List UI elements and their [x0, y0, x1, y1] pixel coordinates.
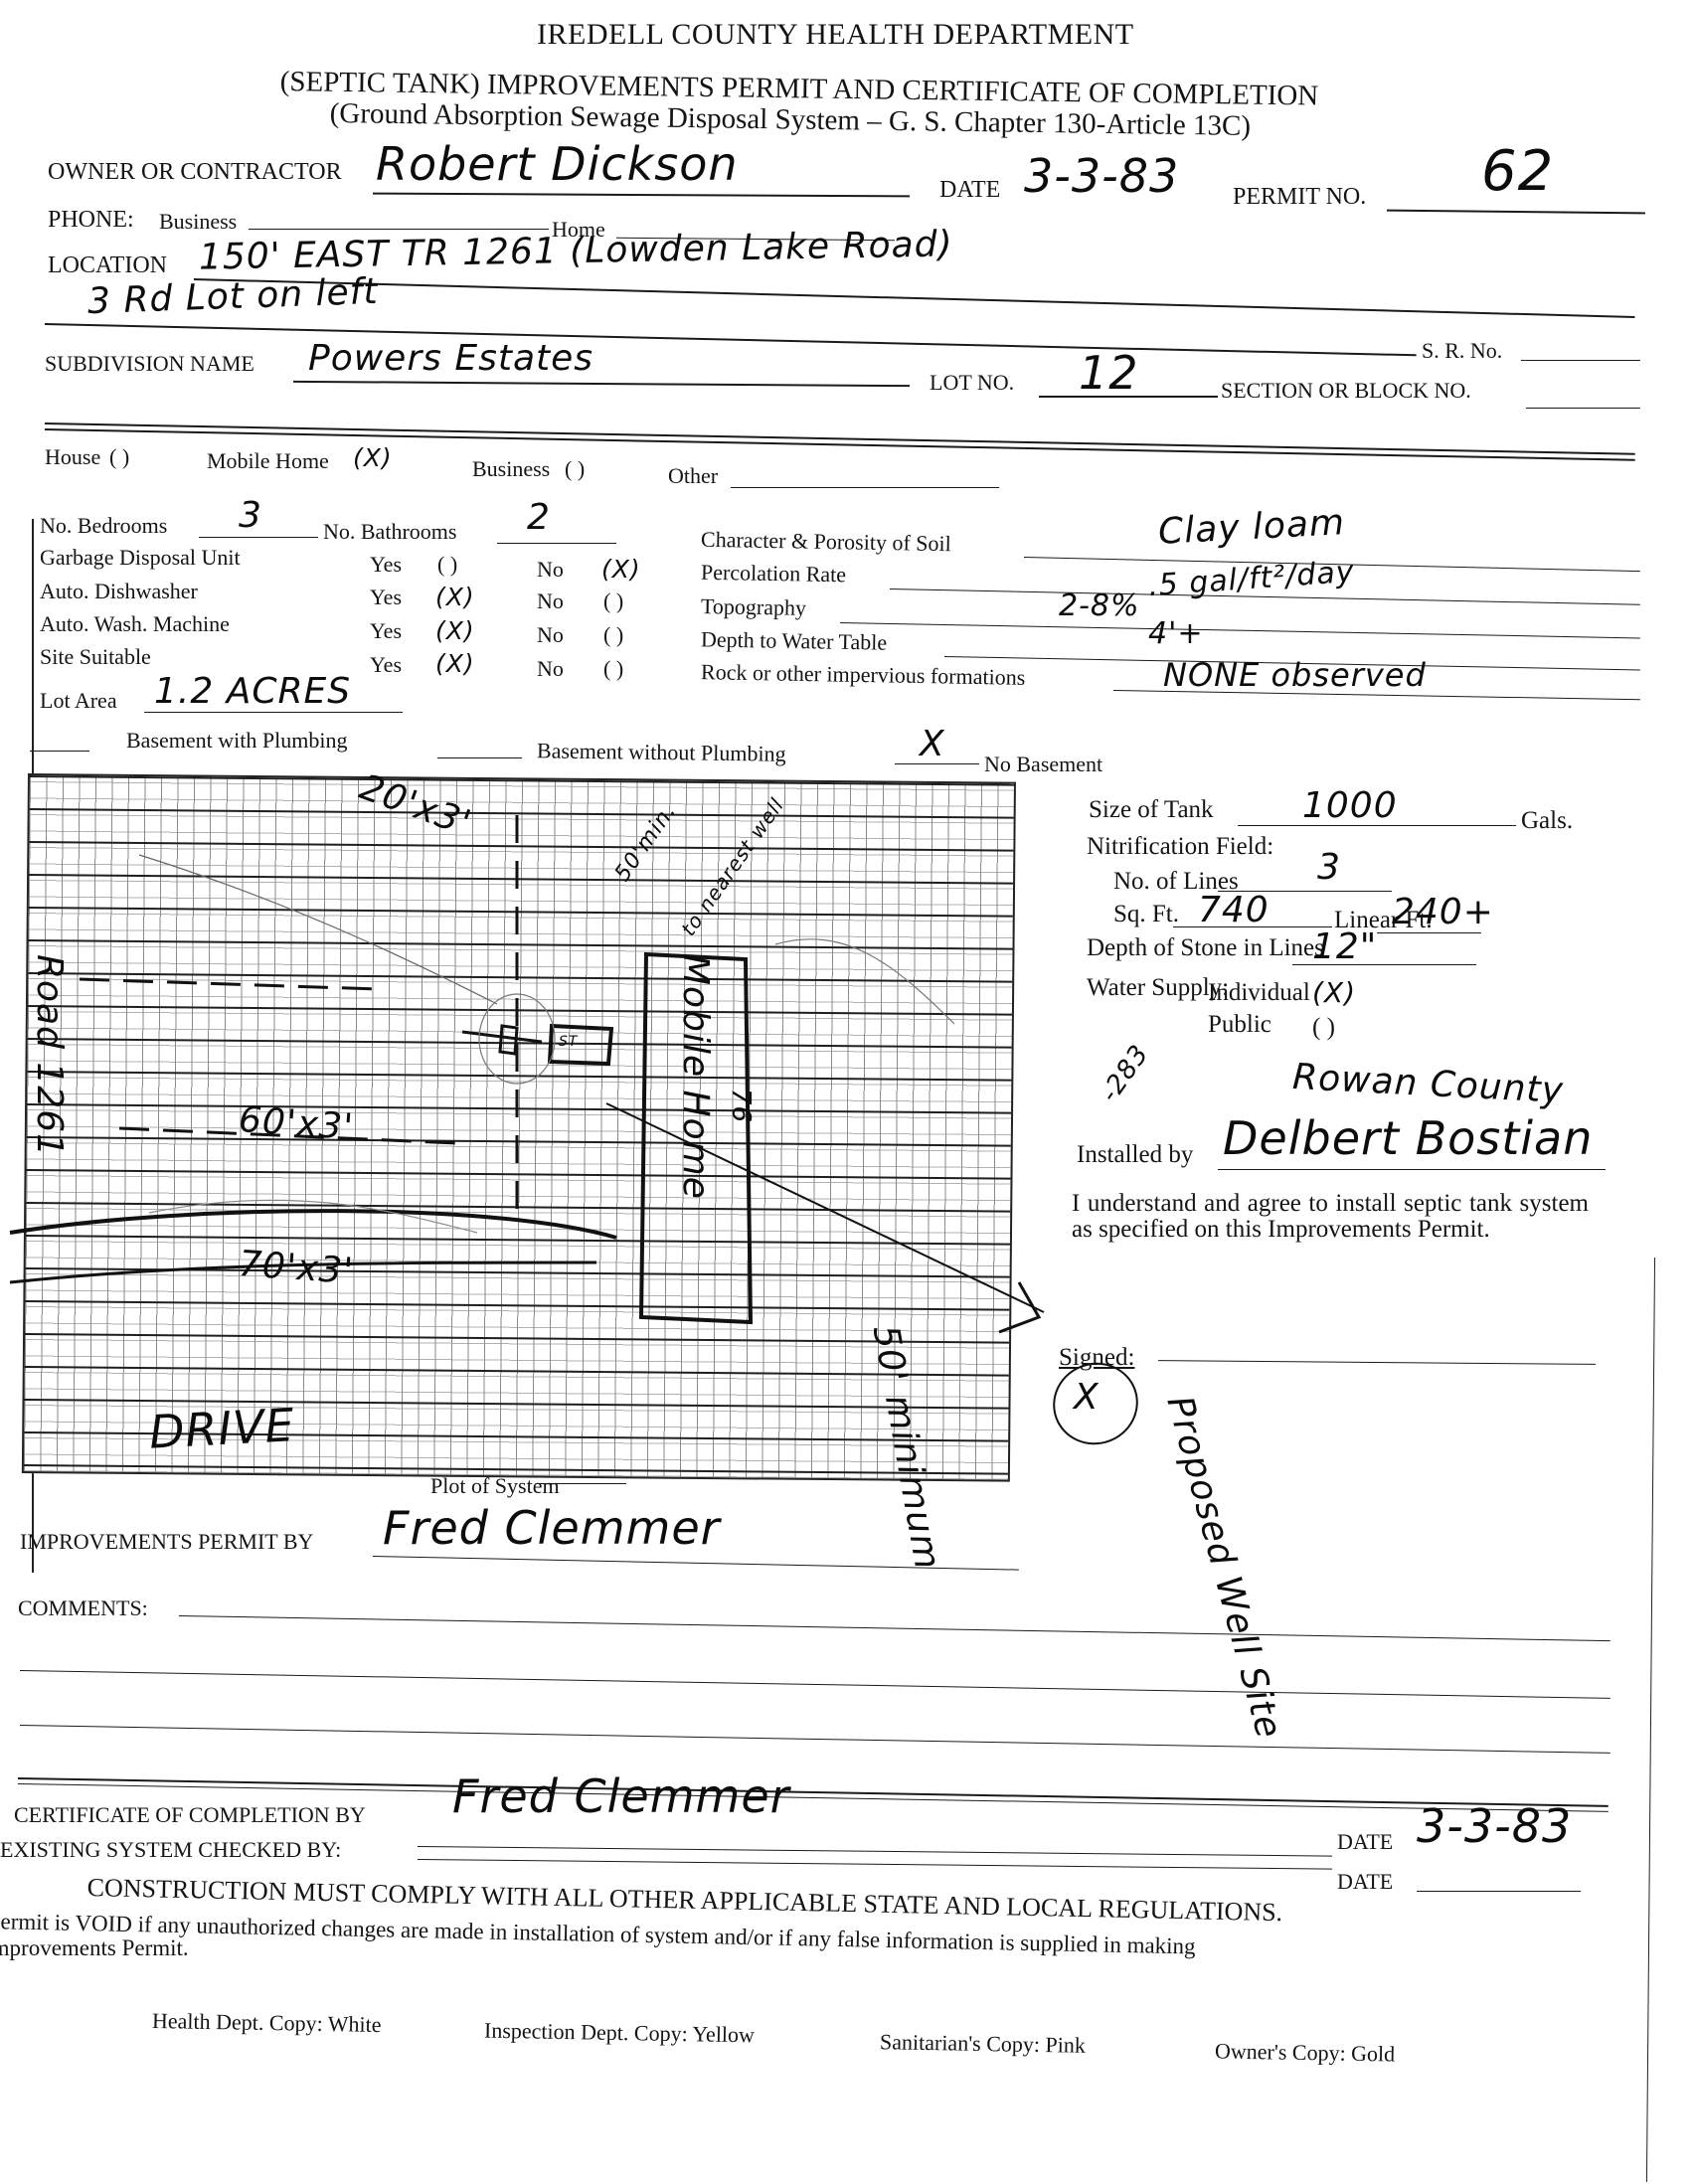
lines-field[interactable]: 3 — [1317, 847, 1341, 888]
tank-label: ST — [559, 1034, 578, 1050]
well-site-icon — [1044, 1362, 1163, 1481]
existing-date-field[interactable] — [1422, 1867, 1581, 1889]
location-field-line2[interactable]: 3 Rd Lot on left — [86, 271, 379, 322]
garbage-disposal-yes-checkbox[interactable]: ( ) — [437, 552, 457, 578]
site-suitable-yes-checkbox[interactable]: (X) — [435, 649, 475, 678]
phone-label: PHONE: — [48, 207, 134, 234]
copy-label: Sanitarian's Copy: Pink — [880, 2029, 1086, 2059]
business-checkbox[interactable]: ( ) — [565, 456, 585, 482]
department-title: IREDELL COUNTY HEALTH DEPARTMENT — [537, 18, 1134, 52]
topography-label: Topography — [701, 593, 806, 621]
soil-character-field[interactable]: Clay loam — [1157, 502, 1346, 553]
owner-label: OWNER OR CONTRACTOR — [48, 159, 342, 186]
sq-ft-field[interactable]: 740 — [1198, 890, 1270, 930]
yes-label: Yes — [370, 552, 402, 578]
existing-system-field[interactable] — [423, 1835, 1327, 1857]
certificate-date-label: DATE — [1337, 1829, 1393, 1855]
water-table-label: Depth to Water Table — [701, 626, 888, 655]
public-label: Public — [1208, 1011, 1271, 1039]
site-suitable-no-checkbox[interactable]: ( ) — [603, 656, 623, 682]
rock-formations-field[interactable]: NONE observed — [1163, 656, 1427, 694]
drive-label: DRIVE — [148, 1398, 296, 1459]
existing-system-label: EXISTING SYSTEM CHECKED BY: — [0, 1837, 341, 1863]
public-checkbox[interactable]: ( ) — [1312, 1014, 1335, 1042]
appliance-label: Garbage Disposal Unit — [40, 545, 241, 571]
dimension-bottom: 70'x3' — [238, 1244, 355, 1292]
comments-field[interactable] — [184, 1591, 1606, 1730]
signed-field[interactable] — [1163, 1338, 1591, 1360]
business-phone-label: Business — [159, 209, 237, 235]
certificate-by-field[interactable]: Fred Clemmer — [452, 1769, 790, 1823]
location-label: LOCATION — [48, 252, 167, 279]
subdivision-field[interactable]: Powers Estates — [308, 338, 593, 379]
installed-by-field[interactable]: Delbert Bostian — [1223, 1111, 1593, 1165]
percolation-field[interactable]: .5 gal/ft²/day — [1147, 555, 1356, 603]
subdivision-label: SUBDIVISION NAME — [45, 351, 254, 377]
mobile-home-label: Mobile Home — [207, 448, 329, 474]
margin-note: -283 — [1095, 1040, 1155, 1108]
sr-number-field[interactable] — [1526, 336, 1635, 358]
other-label: Other — [668, 463, 718, 489]
copy-label: Inspection Dept. Copy: Yellow — [484, 2018, 755, 2049]
other-field[interactable] — [736, 461, 994, 485]
certificate-date-field[interactable]: 3-3-83 — [1417, 1799, 1572, 1853]
nitrification-field-label: Nitrification Field: — [1087, 833, 1273, 861]
copy-label: Health Dept. Copy: White — [152, 2008, 382, 2038]
section-block-field[interactable] — [1531, 384, 1635, 406]
comments-label: COMMENTS: — [18, 1596, 148, 1621]
date-label: DATE — [939, 177, 1000, 204]
dishwasher-yes-checkbox[interactable]: (X) — [435, 583, 475, 611]
permit-number-field[interactable]: 62 — [1481, 139, 1554, 204]
installer-county: Rowan County — [1291, 1057, 1565, 1111]
bathrooms-label: No. Bathrooms — [323, 519, 456, 545]
basement-with-plumbing-label: Basement with Plumbing — [126, 728, 347, 754]
percolation-label: Percolation Rate — [701, 560, 846, 588]
basement-without-plumbing-field[interactable] — [437, 736, 522, 757]
sr-number-label: S. R. No. — [1422, 338, 1502, 364]
rock-formations-label: Rock or other impervious formations — [701, 659, 1026, 691]
dimension-middle: 60'x3' — [238, 1099, 355, 1148]
existing-date-label: DATE — [1337, 1869, 1393, 1895]
bedrooms-label: No. Bedrooms — [40, 513, 167, 539]
water-table-field[interactable]: 4'+ — [1148, 616, 1203, 651]
wash-machine-no-checkbox[interactable]: ( ) — [603, 622, 623, 648]
wash-machine-yes-checkbox[interactable]: (X) — [435, 616, 475, 645]
lot-area-label: Lot Area — [40, 688, 117, 714]
house-label: House — [45, 444, 100, 470]
individual-checkbox[interactable]: (X) — [1312, 976, 1356, 1009]
soil-character-label: Character & Porosity of Soil — [701, 527, 951, 557]
lot-number-label: LOT NO. — [930, 370, 1014, 396]
section-block-label: SECTION OR BLOCK NO. — [1221, 378, 1471, 404]
yes-label: Yes — [370, 585, 402, 610]
mobile-home-label: Mobile Home — [675, 954, 716, 1200]
sq-ft-label: Sq. Ft. — [1113, 901, 1179, 928]
appliance-label: Auto. Wash. Machine — [40, 611, 230, 637]
yes-label: Yes — [370, 652, 402, 678]
permit-label: PERMIT NO. — [1233, 184, 1366, 211]
road-label: Road 1261 — [29, 954, 70, 1157]
linear-ft-field[interactable]: 240+ — [1392, 892, 1494, 932]
appliance-label: Auto. Dishwasher — [40, 579, 198, 604]
garbage-disposal-no-checkbox[interactable]: (X) — [601, 555, 641, 584]
installed-by-label: Installed by — [1077, 1141, 1193, 1169]
basement-without-plumbing-label: Basement without Plumbing — [537, 738, 786, 766]
stone-depth-label: Depth of Stone in Lines — [1087, 934, 1324, 962]
copy-label: Owner's Copy: Gold — [1215, 2038, 1396, 2067]
no-label: No — [537, 622, 564, 648]
plot-caption: Plot of System — [430, 1473, 560, 1499]
bedrooms-field[interactable]: 3 — [239, 495, 262, 536]
lot-number-field[interactable]: 12 — [1079, 346, 1139, 400]
side-dimension: 76 — [726, 1089, 756, 1123]
appliance-label: Site Suitable — [40, 644, 151, 670]
permit-by-label: IMPROVEMENTS PERMIT BY — [20, 1529, 313, 1555]
basement-with-plumbing-field[interactable] — [30, 729, 89, 751]
void-notice-line2: Improvements Permit. — [0, 1935, 189, 1961]
house-checkbox[interactable]: ( ) — [109, 444, 129, 470]
no-basement-field[interactable]: X — [920, 724, 945, 764]
tank-size-label: Size of Tank — [1089, 796, 1214, 824]
dishwasher-no-checkbox[interactable]: ( ) — [603, 588, 623, 614]
bathrooms-field[interactable]: 2 — [527, 497, 551, 538]
no-label: No — [537, 588, 564, 614]
permit-by-field[interactable]: Fred Clemmer — [383, 1501, 721, 1555]
certificate-by-label: CERTIFICATE OF COMPLETION BY — [14, 1802, 366, 1828]
stone-depth-field[interactable]: 12" — [1312, 926, 1377, 967]
yes-label: Yes — [370, 618, 402, 644]
no-label: No — [537, 557, 564, 583]
business-phone-field[interactable] — [254, 203, 542, 227]
location-field[interactable]: 150' EAST TR 1261 (Lowden Lake Road) — [199, 224, 953, 277]
no-label: No — [537, 656, 564, 682]
individual-label: Individual — [1208, 979, 1310, 1007]
business-label: Business — [472, 456, 550, 482]
well-site-mark: X — [1074, 1377, 1100, 1418]
tank-unit: Gals. — [1521, 807, 1573, 835]
installer-agreement: I understand and agree to install septic… — [1072, 1191, 1589, 1243]
topography-field[interactable]: 2-8% — [1059, 588, 1140, 623]
date-field[interactable]: 3-3-83 — [1024, 149, 1179, 203]
tank-size-field[interactable]: 1000 — [1302, 785, 1398, 826]
mobile-home-checkbox[interactable]: (X) — [353, 443, 393, 472]
owner-field[interactable]: Robert Dickson — [376, 137, 739, 191]
lot-area-field[interactable]: 1.2 ACRES — [154, 671, 351, 712]
